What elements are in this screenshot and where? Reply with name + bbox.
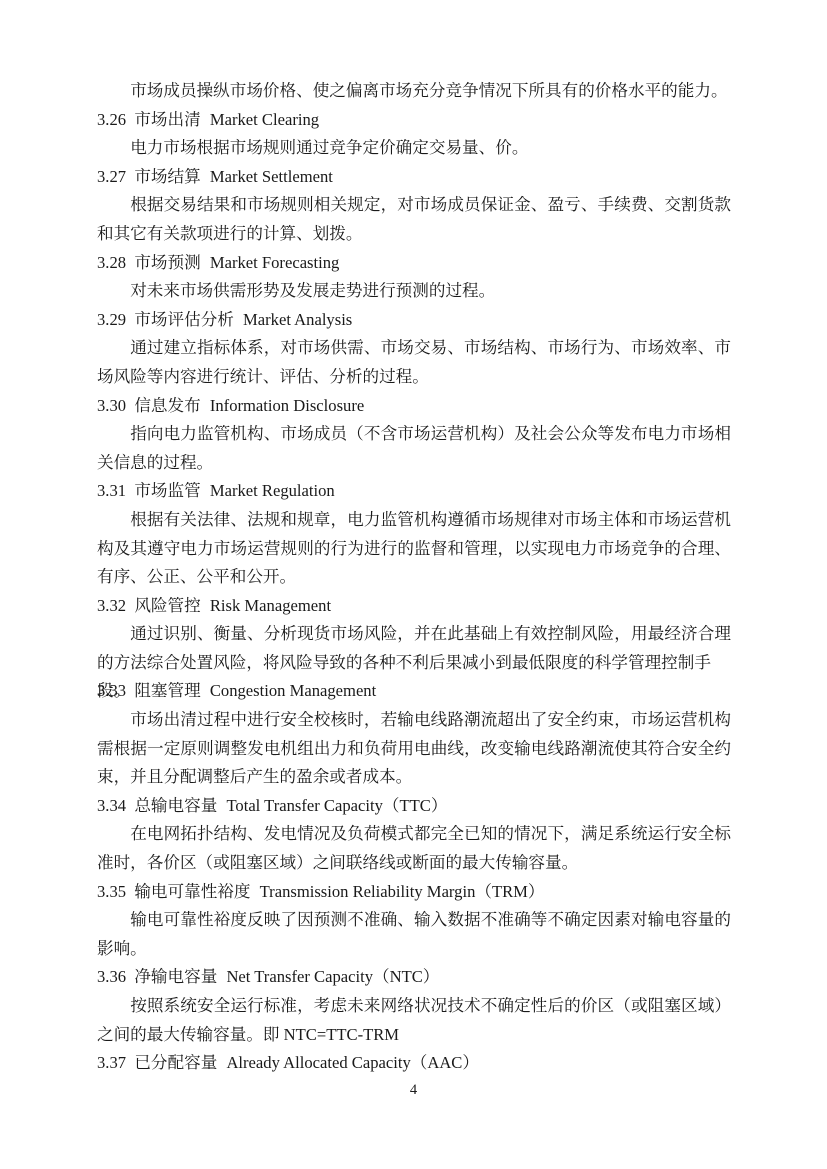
term-name-zh: 总输电容量: [134, 796, 217, 815]
page-number: 4: [0, 1080, 827, 1100]
definition-line: 市场出清过程中进行安全校核时，若输电线路潮流超出了安全约束，市场运营机构: [97, 706, 731, 735]
definition-line: 按照系统安全运行标准，考虑未来网络状况技术不确定性后的价区（或阻塞区域）: [97, 992, 731, 1021]
paragraph-line: 市场成员操纵市场价格、使之偏离市场充分竞争情况下所具有的价格水平的能力。: [97, 77, 731, 106]
term-heading: 3.30信息发布Information Disclosure: [97, 392, 731, 421]
term-heading: 3.37已分配容量Already Allocated Capacity（AAC）: [97, 1049, 731, 1078]
definition-line: 影响。: [97, 935, 731, 964]
definition-line: 通过识别、衡量、分析现货市场风险，并在此基础上有效控制风险，用最经济合理: [97, 620, 731, 649]
definition-line: 准时，各价区（或阻塞区域）之间联络线或断面的最大传输容量。: [97, 849, 731, 878]
term-name-en: Already Allocated Capacity（AAC）: [226, 1053, 479, 1072]
definition-line: 束，并且分配调整后产生的盈余或者成本。: [97, 763, 731, 792]
term-name-en: Transmission Reliability Margin（TRM）: [260, 882, 545, 901]
definition-line: 和其它有关款项进行的计算、划拨。: [97, 220, 731, 249]
term-heading: 3.34总输电容量Total Transfer Capacity（TTC）: [97, 792, 731, 821]
term-name-en: Risk Management: [210, 596, 331, 615]
definition-line: 电力市场根据市场规则通过竞争定价确定交易量、价。: [97, 134, 731, 163]
definition-line: 的方法综合处置风险，将风险导致的各种不利后果减小到最低限度的科学管理控制手段。: [97, 649, 731, 678]
definition-line: 根据交易结果和市场规则相关规定，对市场成员保证金、盈亏、手续费、交割货款: [97, 191, 731, 220]
term-name-zh: 已分配容量: [134, 1053, 217, 1072]
term-name-zh: 输电可靠性裕度: [134, 882, 250, 901]
term-number: 3.29: [97, 310, 126, 329]
term-name-en: Market Clearing: [210, 110, 319, 129]
term-name-zh: 市场评估分析: [134, 310, 234, 329]
term-name-en: Total Transfer Capacity（TTC）: [226, 796, 447, 815]
term-number: 3.26: [97, 110, 126, 129]
definition-line: 指向电力监管机构、市场成员（不含市场运营机构）及社会公众等发布电力市场相: [97, 420, 731, 449]
term-name-en: Market Regulation: [210, 481, 335, 500]
term-number: 3.27: [97, 167, 126, 186]
term-heading: 3.26市场出清Market Clearing: [97, 106, 731, 135]
term-name-zh: 风险管控: [134, 596, 200, 615]
term-name-en: Net Transfer Capacity（NTC）: [226, 967, 439, 986]
definition-line: 关信息的过程。: [97, 449, 731, 478]
definition-line: 通过建立指标体系，对市场供需、市场交易、市场结构、市场行为、市场效率、市: [97, 334, 731, 363]
term-heading: 3.29市场评估分析Market Analysis: [97, 306, 731, 335]
definition-line: 有序、公正、公平和公开。: [97, 563, 731, 592]
definition-line: 对未来市场供需形势及发展走势进行预测的过程。: [97, 277, 731, 306]
definition-line: 在电网拓扑结构、发电情况及负荷模式都完全已知的情况下，满足系统运行安全标: [97, 820, 731, 849]
term-name-zh: 阻塞管理: [134, 681, 200, 700]
term-number: 3.28: [97, 253, 126, 272]
term-name-zh: 市场预测: [134, 253, 200, 272]
term-heading: 3.35输电可靠性裕度Transmission Reliability Marg…: [97, 878, 731, 907]
term-name-en: Information Disclosure: [210, 396, 364, 415]
term-heading: 3.31市场监管Market Regulation: [97, 477, 731, 506]
term-name-en: Congestion Management: [210, 681, 376, 700]
term-name-en: Market Forecasting: [210, 253, 340, 272]
term-heading: 3.33阻塞管理Congestion Management: [97, 677, 731, 706]
term-heading: 3.27市场结算Market Settlement: [97, 163, 731, 192]
term-name-en: Market Analysis: [243, 310, 352, 329]
term-heading: 3.28市场预测Market Forecasting: [97, 249, 731, 278]
definition-line: 根据有关法律、法规和规章，电力监管机构遵循市场规律对市场主体和市场运营机: [97, 506, 731, 535]
term-number: 3.36: [97, 967, 126, 986]
document-page: 市场成员操纵市场价格、使之偏离市场充分竞争情况下所具有的价格水平的能力。3.26…: [0, 0, 827, 1169]
definition-line: 之间的最大传输容量。即 NTC=TTC-TRM: [97, 1021, 731, 1050]
term-name-zh: 信息发布: [134, 396, 200, 415]
term-number: 3.35: [97, 882, 126, 901]
term-name-zh: 净输电容量: [134, 967, 217, 986]
definition-line: 场风险等内容进行统计、评估、分析的过程。: [97, 363, 731, 392]
document-body: 市场成员操纵市场价格、使之偏离市场充分竞争情况下所具有的价格水平的能力。3.26…: [97, 77, 731, 1078]
term-number: 3.32: [97, 596, 126, 615]
term-number: 3.34: [97, 796, 126, 815]
term-name-zh: 市场结算: [134, 167, 200, 186]
term-name-zh: 市场出清: [134, 110, 200, 129]
term-name-zh: 市场监管: [134, 481, 200, 500]
term-number: 3.33: [97, 681, 126, 700]
term-name-en: Market Settlement: [210, 167, 333, 186]
term-number: 3.30: [97, 396, 126, 415]
term-heading: 3.36净输电容量Net Transfer Capacity（NTC）: [97, 963, 731, 992]
definition-line: 构及其遵守电力市场运营规则的行为进行的监督和管理，以实现电力市场竞争的合理、: [97, 535, 731, 564]
term-number: 3.31: [97, 481, 126, 500]
definition-line: 需根据一定原则调整发电机组出力和负荷用电曲线，改变输电线路潮流使其符合安全约: [97, 735, 731, 764]
definition-line: 输电可靠性裕度反映了因预测不准确、输入数据不准确等不确定因素对输电容量的: [97, 906, 731, 935]
term-heading: 3.32风险管控Risk Management: [97, 592, 731, 621]
term-number: 3.37: [97, 1053, 126, 1072]
